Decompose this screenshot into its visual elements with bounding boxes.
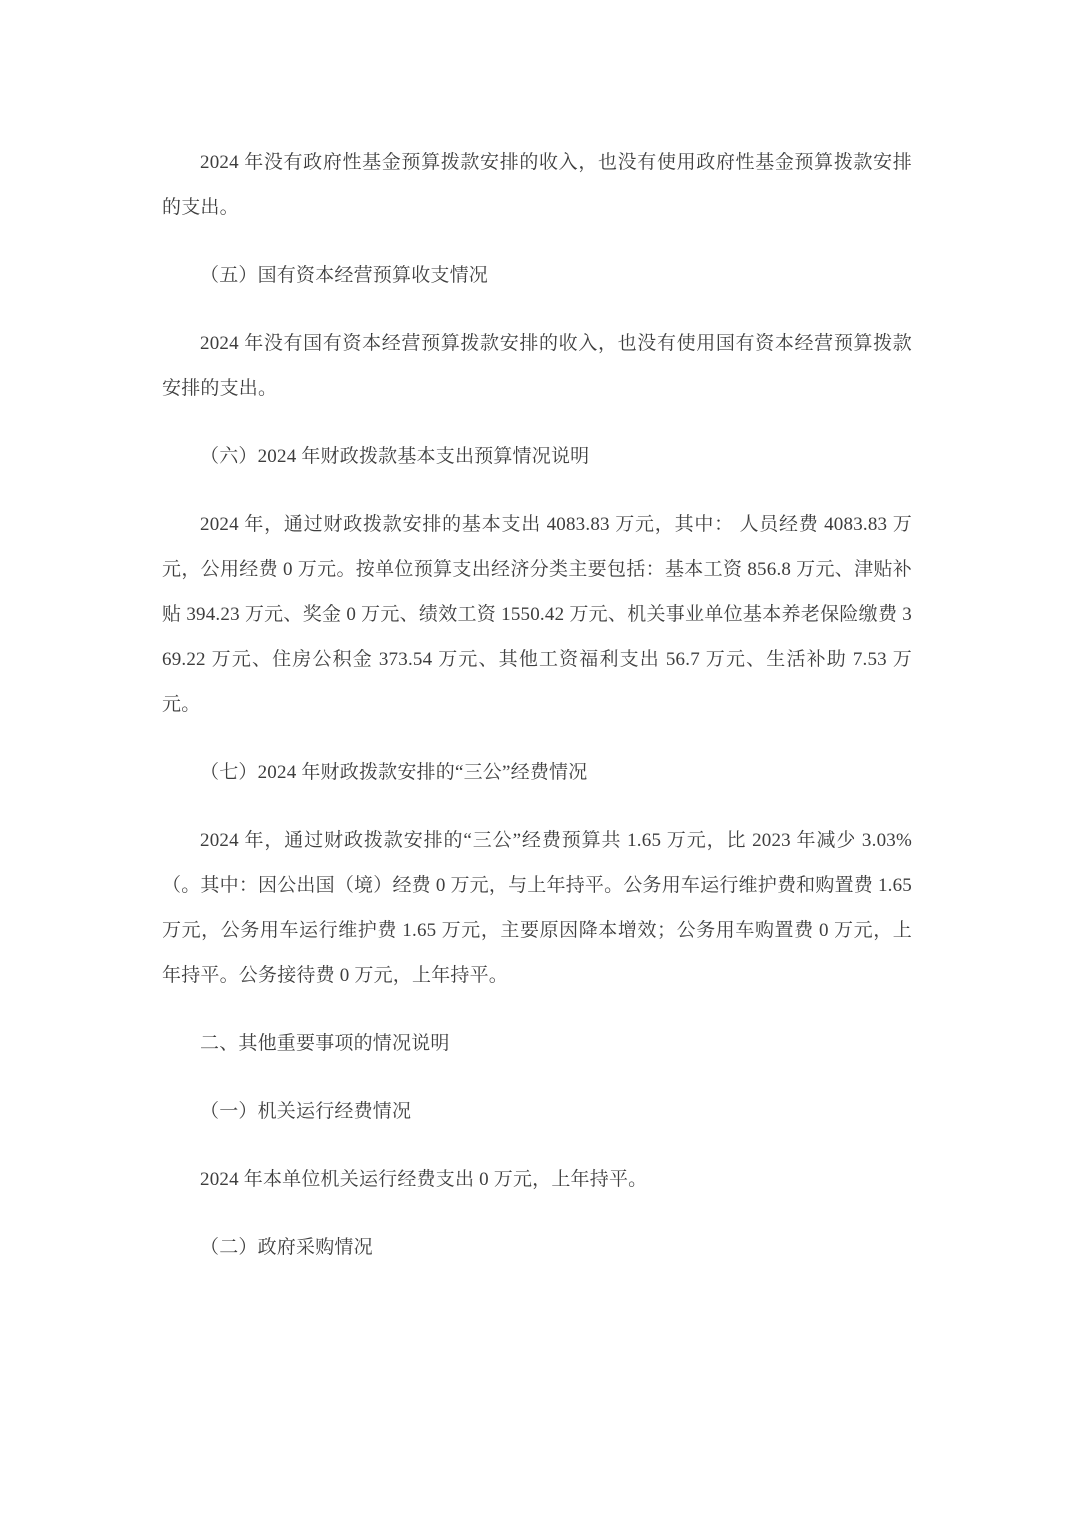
para-agency-operating-cost: 2024 年本单位机关运行经费支出 0 万元，上年持平。 — [162, 1157, 912, 1202]
heading-subsection-two: （二）政府采购情况 — [162, 1225, 912, 1270]
para-gov-fund-budget: 2024 年没有政府性基金预算拨款安排的收入，也没有使用政府性基金预算拨款安排的… — [162, 140, 912, 230]
document-content: 2024 年没有政府性基金预算拨款安排的收入，也没有使用政府性基金预算拨款安排的… — [0, 0, 1074, 1270]
para-basic-expenditure-detail: 2024 年，通过财政拨款安排的基本支出 4083.83 万元，其中： 人员经费… — [162, 502, 912, 727]
para-three-public-expenses: 2024 年，通过财政拨款安排的“三公”经费预算共 1.65 万元，比 2023… — [162, 818, 912, 998]
heading-section-six: （六）2024 年财政拨款基本支出预算情况说明 — [162, 434, 912, 479]
heading-section-five: （五）国有资本经营预算收支情况 — [162, 253, 912, 298]
heading-part-two: 二、其他重要事项的情况说明 — [162, 1021, 912, 1066]
para-state-capital-budget: 2024 年没有国有资本经营预算拨款安排的收入，也没有使用国有资本经营预算拨款安… — [162, 321, 912, 411]
document-page: 2024 年没有政府性基金预算拨款安排的收入，也没有使用政府性基金预算拨款安排的… — [0, 0, 1074, 1520]
heading-section-seven: （七）2024 年财政拨款安排的“三公”经费情况 — [162, 750, 912, 795]
heading-subsection-one: （一）机关运行经费情况 — [162, 1089, 912, 1134]
